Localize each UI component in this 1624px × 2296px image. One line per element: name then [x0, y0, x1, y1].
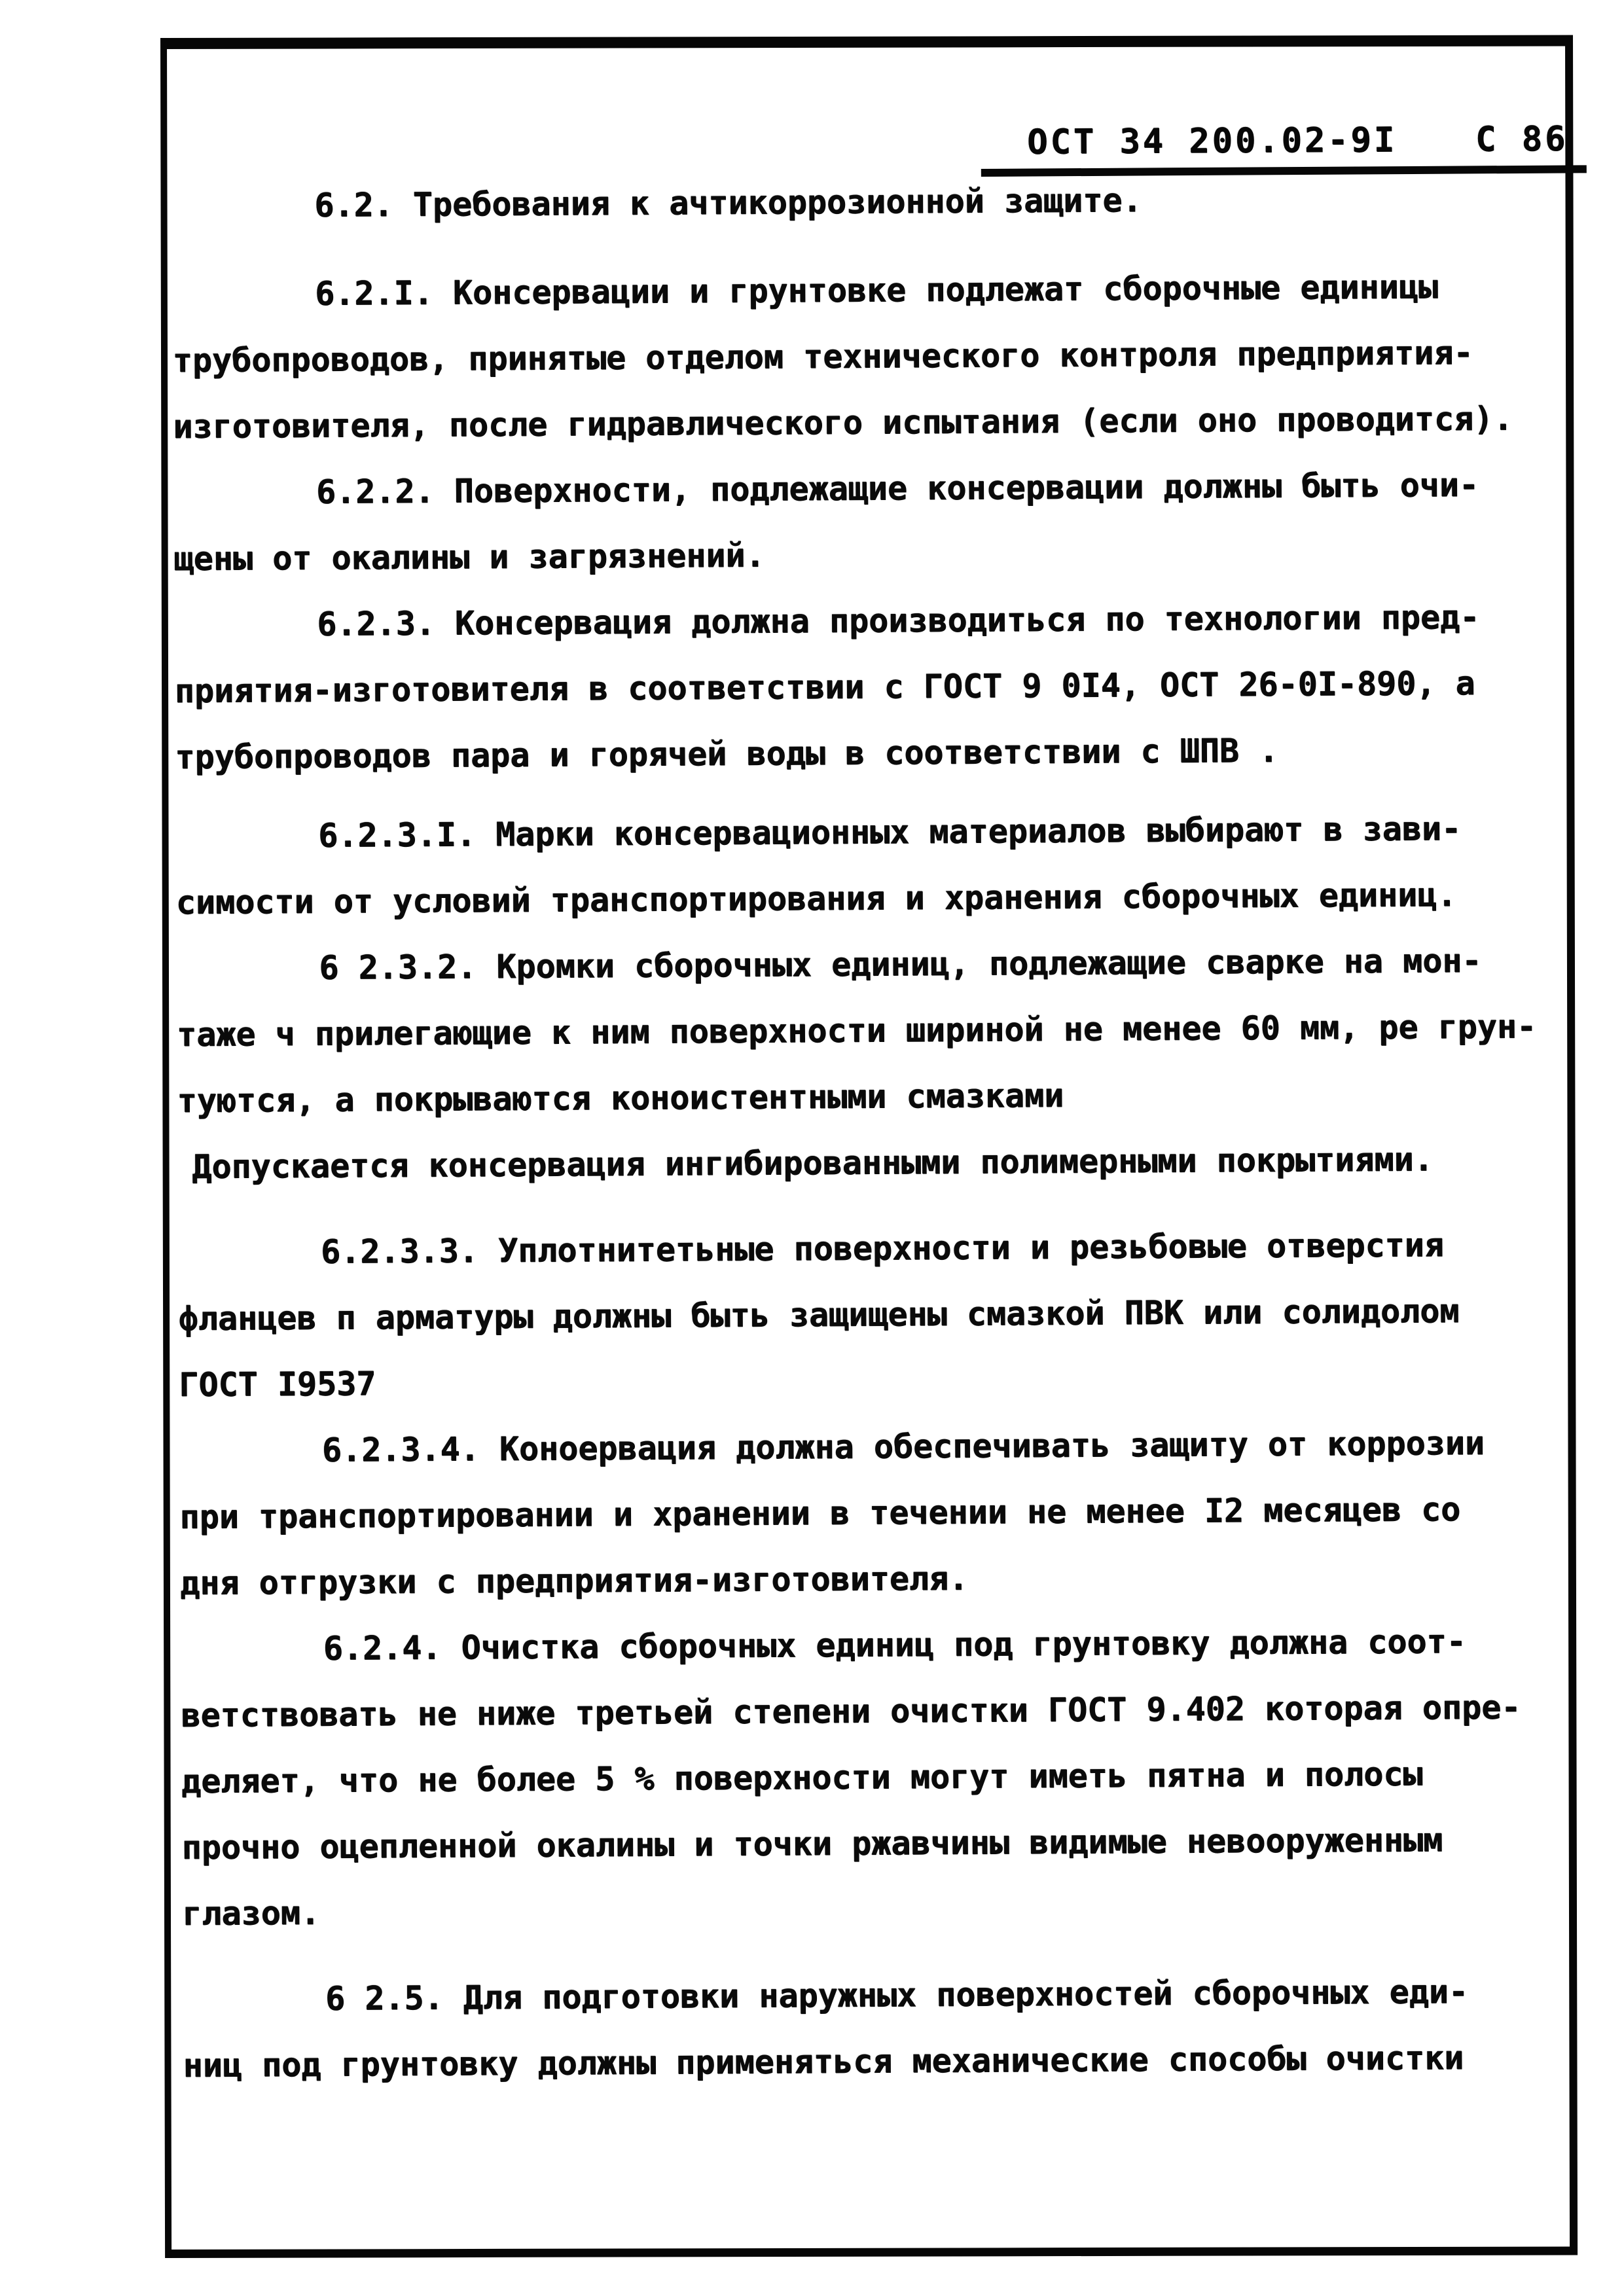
- text-line: 6.2.3. Консервация должна производиться …: [174, 584, 1579, 658]
- text-line: ветствовать не ниже третьей степени очис…: [181, 1674, 1585, 1749]
- text-line: 6.2.4. Очистка сборочных единиц под грун…: [180, 1608, 1585, 1683]
- text-line: трубопроводов пара и горячей воды в соот…: [175, 716, 1579, 791]
- text-line: симости от условий транспортирования и х…: [175, 861, 1580, 936]
- text-line: приятия-изготовителя в соответствии с ГО…: [175, 650, 1579, 725]
- text-line: трубопроводов, принятые отделом техничес…: [172, 319, 1577, 394]
- text-line: ГОСТ I9537: [179, 1344, 1583, 1418]
- text-line: 6.2.2. Поверхности, подлежащие консервац…: [173, 452, 1578, 526]
- text-line: деляет, что не более 5 % поверхности мог…: [181, 1740, 1586, 1815]
- document-body: 6.2. Требования к ачтикоррозионной защит…: [171, 165, 1587, 2099]
- text-line: 6.2.I. Консервации и грунтовке подлежат …: [172, 253, 1577, 328]
- text-line: прочно оцепленной окалины и точки ржавчи…: [181, 1806, 1586, 1881]
- text-line: таже ч прилегающие к ним поверхности шир…: [177, 994, 1581, 1068]
- text-line: 6.2. Требования к ачтикоррозионной защит…: [171, 165, 1576, 240]
- text-line: 6 2.5. Для подготовки наружных поверхнос…: [183, 1958, 1587, 2033]
- text-line: глазом.: [182, 1873, 1587, 1947]
- text-line: Допускается консервация ингибированными …: [177, 1126, 1582, 1200]
- page-number: С 86: [1475, 120, 1568, 160]
- text-line: 6.2.3.4. Коноервация должна обеспечивать…: [179, 1410, 1584, 1484]
- page-header: ОСТ 34 200.02-9IС 86: [981, 80, 1587, 177]
- text-line: 6 2.3.2. Кромки сборочных единиц, подлеж…: [176, 927, 1581, 1002]
- text-line: ниц под грунтовку должны применяться мех…: [183, 2024, 1587, 2099]
- text-line: туются, а покрываются коноистентными сма…: [177, 1060, 1581, 1134]
- text-line: 6.2.3.I. Марки консервационных материало…: [175, 795, 1580, 870]
- text-line: 6.2.3.3. Уплотнитетьные поверхности и ре…: [178, 1211, 1583, 1286]
- text-line: при транспортировании и хранении в течен…: [179, 1476, 1584, 1551]
- text-line: изготовителя, после гидравлического испы…: [173, 386, 1578, 460]
- text-line: дня отгрузки с предприятия-изготовителя.: [180, 1542, 1585, 1617]
- text-line: щены от окалины и загрязнений.: [173, 518, 1578, 592]
- text-line: фланцев п арматуры должны быть защищены …: [178, 1278, 1583, 1352]
- doc-number: ОСТ 34 200.02-9I: [1027, 120, 1397, 162]
- header-gap: [1397, 151, 1475, 151]
